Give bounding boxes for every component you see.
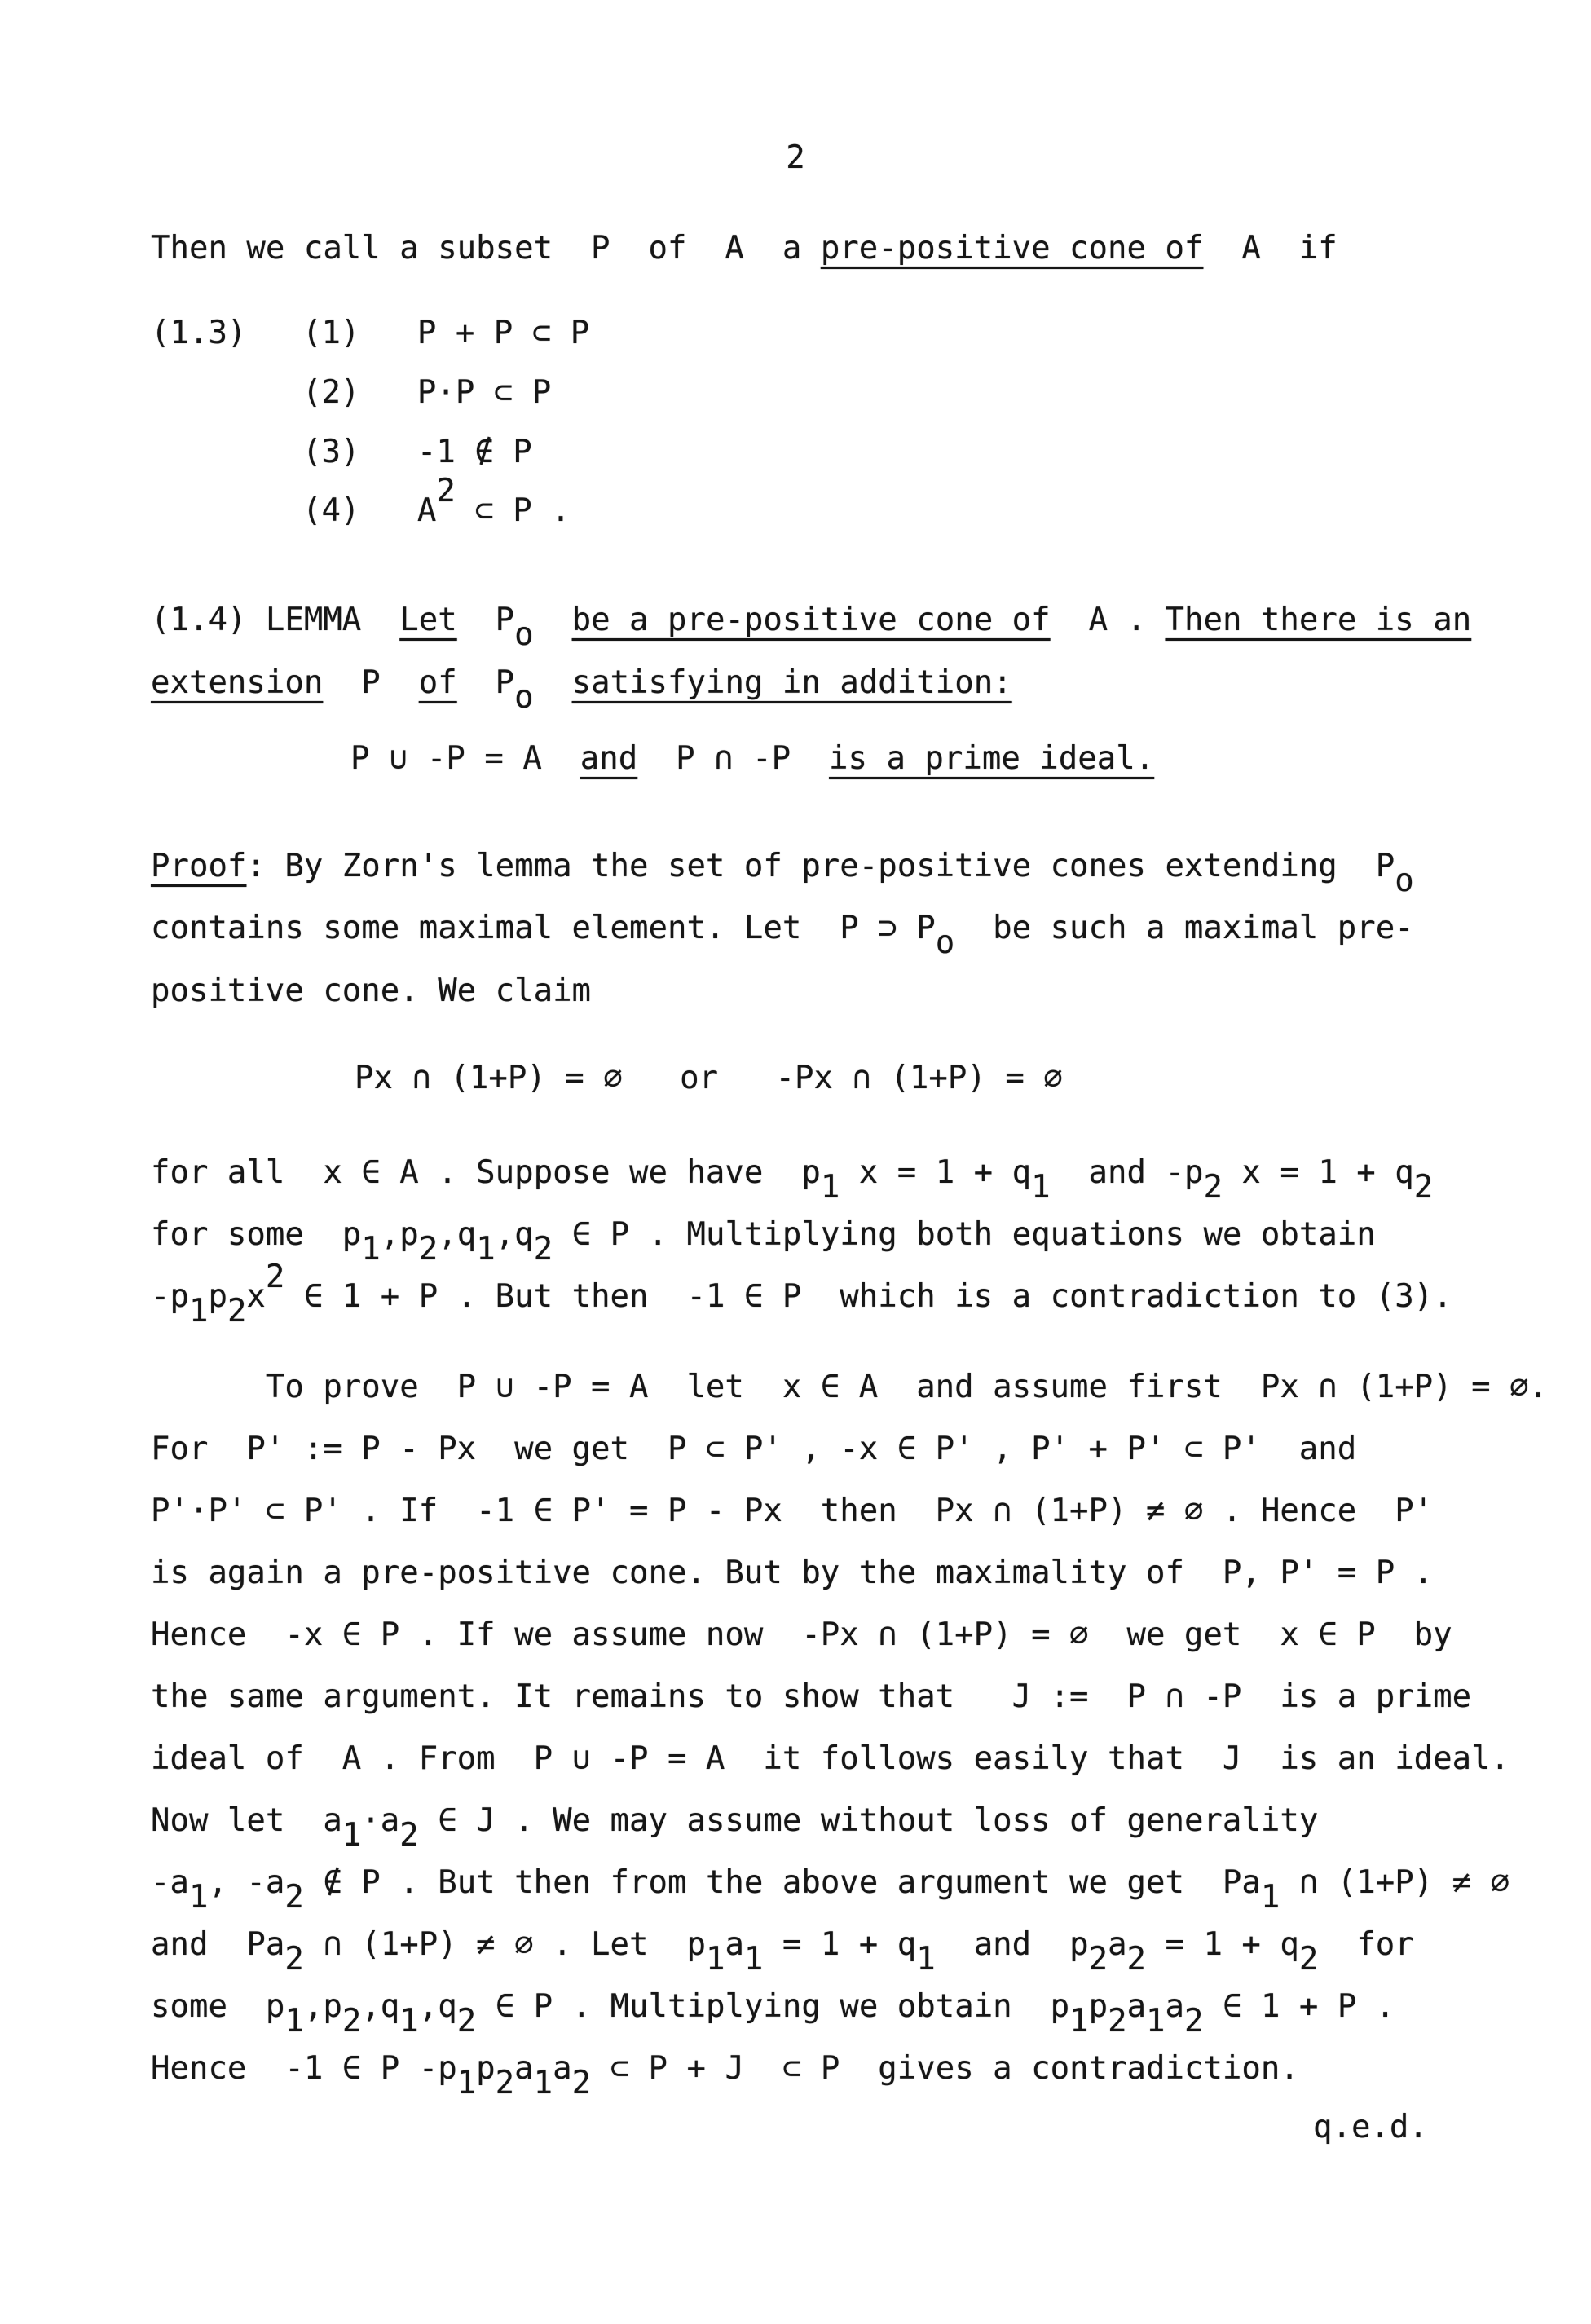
underlined-text: of (419, 664, 457, 701)
subscript-text: 2 (1414, 1169, 1433, 1206)
subscript-text: 1 (457, 2065, 476, 2101)
text-segment: a (725, 1926, 743, 1963)
text-segment: a (514, 2050, 533, 2087)
text-segment: Px ∩ (1+P) = ∅ or -Px ∩ (1+P) = ∅ (355, 1060, 1063, 1096)
subscript-text: 1 (399, 2003, 418, 2040)
text-segment: For P' := P - Px we get P ⊂ P' , -x ∈ P'… (151, 1431, 1356, 1467)
subscript-text: 1 (706, 1941, 725, 1978)
subscript-text: 2 (534, 1231, 553, 1268)
subscript-text: 2 (227, 1293, 246, 1330)
text-segment: Hence -x ∈ P . If we assume now -Px ∩ (1… (151, 1616, 1452, 1653)
subscript-text: 2 (572, 2065, 591, 2101)
eq-1-3-item-4: (4) A2 ⊂ P . (302, 495, 571, 527)
text-segment: p (208, 1278, 227, 1315)
underlined-text: satisfying in addition: (572, 664, 1012, 701)
text-segment: (4) A (302, 492, 436, 529)
text-segment: , (419, 1988, 438, 2025)
superscript-text: 2 (436, 473, 455, 509)
text-segment: ∩ (1+P) ≠ ∅ (1280, 1864, 1509, 1901)
subscript-text: 1 (744, 1941, 763, 1978)
underlined-text: is a prime ideal. (829, 740, 1154, 777)
text-segment: P (457, 602, 514, 638)
proof-line-2: contains some maximal element. Let P ⊃ P… (151, 912, 1414, 944)
subscript-text: 1 (916, 1941, 935, 1978)
proof-line-1: Proof: By Zorn's lemma the set of pre-po… (151, 850, 1414, 882)
text-segment: q (457, 1216, 476, 1253)
text-segment: P ∪ -P = A (350, 740, 580, 777)
text-segment: q (438, 1988, 456, 2025)
text-segment: = 1 + q (763, 1926, 916, 1963)
subscript-text: 1 (534, 2065, 553, 2101)
subscript-text: 2 (457, 2003, 476, 2040)
subscript-text: 2 (1127, 1941, 1146, 1978)
text-segment: A if (1203, 230, 1337, 267)
lemma-display-formula: P ∪ -P = A and P ∩ -P is a prime ideal. (350, 743, 1154, 774)
text-segment: ∩ (1+P) ≠ ∅ . Let p (304, 1926, 706, 1963)
subscript-text: 2 (399, 1817, 418, 1854)
proof-para3-line-2: For P' := P - Px we get P ⊂ P' , -x ∈ P'… (151, 1433, 1356, 1465)
text-segment (534, 664, 572, 701)
document-page: 2 Then we call a subset P of A a pre-pos… (0, 0, 1591, 2324)
eq-1-3-item-1: (1) P + P ⊂ P (302, 317, 589, 349)
subscript-text: 1 (361, 1231, 380, 1268)
subscript-text: 2 (342, 2003, 361, 2040)
text-segment: contains some maximal element. Let P ⊃ P (151, 910, 936, 946)
text-segment: positive cone. We claim (151, 972, 591, 1009)
text-segment: a (1108, 1926, 1126, 1963)
text-segment: P'·P' ⊂ P' . If -1 ∈ P' = P - Px then Px… (151, 1493, 1433, 1529)
text-segment: (1.4) LEMMA (151, 602, 399, 638)
proof-para3-line-6: the same argument. It remains to show th… (151, 1681, 1471, 1713)
subscript-text: 2 (1108, 2003, 1126, 2040)
text-segment: : By Zorn's lemma the set of pre-positiv… (246, 848, 1395, 884)
text-segment: x (246, 1278, 265, 1315)
text-segment: = 1 + q (1146, 1926, 1299, 1963)
text-segment: (1.3) (151, 315, 246, 351)
text-segment: Hence -1 ∈ P -p (151, 2050, 457, 2087)
proof-para3-line-5: Hence -x ∈ P . If we assume now -Px ∩ (1… (151, 1619, 1452, 1651)
text-segment: x = 1 + q (840, 1154, 1031, 1191)
text-segment: ·a (361, 1802, 399, 1839)
subscript-text: 2 (284, 1941, 303, 1978)
subscript-text: o (1395, 862, 1413, 899)
text-segment: be such a maximal pre- (954, 910, 1414, 946)
text-segment: ∈ 1 + P . (1204, 1988, 1395, 2025)
subscript-text: 2 (1203, 1169, 1222, 1206)
text-segment: the same argument. It remains to show th… (151, 1678, 1471, 1715)
subscript-text: 1 (284, 2003, 303, 2040)
text-segment: P (457, 664, 514, 701)
qed-label: q.e.d. (1313, 2111, 1428, 2143)
intro-line: Then we call a subset P of A a pre-posit… (151, 232, 1338, 264)
text-segment: ∈ P . Multiplying both equations we obta… (553, 1216, 1376, 1253)
text-segment: (1) P + P ⊂ P (302, 315, 589, 351)
proof-para3-line-1: To prove P ∪ -P = A let x ∈ A and assume… (151, 1371, 1548, 1403)
page-number: 2 (0, 142, 1591, 174)
superscript-text: 2 (266, 1259, 284, 1295)
subscript-text: 2 (419, 1231, 438, 1268)
text-segment: p (476, 2050, 495, 2087)
text-segment: Now let a (151, 1802, 342, 1839)
underlined-text: Let (399, 602, 456, 638)
text-segment: and -p (1051, 1154, 1204, 1191)
subscript-text: o (936, 924, 954, 961)
text-segment: , (361, 1988, 380, 2025)
subscript-text: 1 (189, 1879, 208, 1916)
text-segment: p (399, 1216, 418, 1253)
text-segment: (3) -1 ∉ P (302, 434, 532, 470)
proof-line-3: positive cone. We claim (151, 975, 591, 1007)
text-segment: x = 1 + q (1223, 1154, 1414, 1191)
subscript-text: 1 (476, 1231, 495, 1268)
proof-para2-line-1: for all x ∈ A . Suppose we have p1 x = 1… (151, 1157, 1433, 1188)
subscript-text: 1 (342, 1817, 361, 1854)
proof-para3-line-11: some p1,p2,q1,q2 ∈ P . Multiplying we ob… (151, 1991, 1395, 2022)
text-segment: ∉ P . But then from the above argument w… (304, 1864, 1261, 1901)
text-segment: , (381, 1216, 399, 1253)
subscript-text: 1 (1146, 2003, 1165, 2040)
proof-para2-line-3: -p1p2x2 ∈ 1 + P . But then -1 ∈ P which … (151, 1281, 1452, 1312)
text-segment: , (304, 1988, 323, 2025)
text-segment: ∈ P . Multiplying we obtain p (476, 1988, 1069, 2025)
eq-1-3-item-2: (2) P·P ⊂ P (302, 377, 551, 408)
text-segment: q (381, 1988, 399, 2025)
text-segment: Then we call a subset P of A a (151, 230, 821, 267)
underlined-text: and (580, 740, 637, 777)
text-segment: ideal of A . From P ∪ -P = A it follows … (151, 1740, 1509, 1777)
text-segment: -a (151, 1864, 189, 1901)
text-segment: (2) P·P ⊂ P (302, 374, 551, 411)
text-segment: for (1318, 1926, 1413, 1963)
text-segment: ∈ J . We may assume without loss of gene… (419, 1802, 1319, 1839)
text-segment: , -a (208, 1864, 284, 1901)
text-segment: P (323, 664, 418, 701)
text-segment: and Pa (151, 1926, 284, 1963)
text-segment: is again a pre-positive cone. But by the… (151, 1554, 1433, 1591)
lemma-line-2: extension P of Po satisfying in addition… (151, 667, 1012, 699)
subscript-text: 2 (1184, 2003, 1203, 2040)
text-segment: ⊂ P . (456, 492, 571, 529)
subscript-text: 1 (189, 1293, 208, 1330)
proof-para3-line-4: is again a pre-positive cone. But by the… (151, 1557, 1433, 1589)
eq-1-3-item-3: (3) -1 ∉ P (302, 436, 532, 468)
subscript-text: 1 (1261, 1879, 1280, 1916)
text-segment: A . (1051, 602, 1166, 638)
underlined-text: extension (151, 664, 323, 701)
proof-para3-line-8: Now let a1·a2 ∈ J . We may assume withou… (151, 1805, 1318, 1837)
text-segment: and p (936, 1926, 1089, 1963)
proof-para3-line-7: ideal of A . From P ∪ -P = A it follows … (151, 1743, 1509, 1775)
subscript-text: o (514, 616, 533, 653)
underlined-text: pre-positive cone of (821, 230, 1204, 267)
text-segment: some p (151, 1988, 284, 2025)
proof-para3-line-10: and Pa2 ∩ (1+P) ≠ ∅ . Let p1a1 = 1 + q1 … (151, 1929, 1414, 1960)
proof-para3-line-12: Hence -1 ∈ P -p1p2a1a2 ⊂ P + J ⊂ P gives… (151, 2053, 1299, 2084)
text-segment: for all x ∈ A . Suppose we have p (151, 1154, 821, 1191)
underlined-text: be a pre-positive cone of (572, 602, 1051, 638)
subscript-text: 1 (1031, 1169, 1050, 1206)
text-segment: , (496, 1216, 514, 1253)
text-segment: a (553, 2050, 571, 2087)
text-segment: -p (151, 1278, 189, 1315)
text-segment: p (1089, 1988, 1108, 2025)
subscript-text: 2 (1299, 1941, 1318, 1978)
text-segment: q.e.d. (1313, 2109, 1428, 2145)
subscript-text: 2 (496, 2065, 514, 2101)
subscript-text: o (514, 679, 533, 716)
text-segment: To prove P ∪ -P = A let x ∈ A and assume… (151, 1369, 1548, 1405)
proof-para3-line-3: P'·P' ⊂ P' . If -1 ∈ P' = P - Px then Px… (151, 1495, 1433, 1527)
underlined-text: Then there is an (1166, 602, 1472, 638)
proof-para3-line-9: -a1, -a2 ∉ P . But then from the above a… (151, 1867, 1509, 1898)
subscript-text: 1 (1069, 2003, 1088, 2040)
subscript-text: 2 (284, 1879, 303, 1916)
text-segment: q (514, 1216, 533, 1253)
underlined-text: Proof (151, 848, 246, 884)
subscript-text: 1 (821, 1169, 840, 1206)
claim-display-formula: Px ∩ (1+P) = ∅ or -Px ∩ (1+P) = ∅ (355, 1062, 1063, 1094)
text-segment: , (438, 1216, 456, 1253)
proof-para2-line-2: for some p1,p2,q1,q2 ∈ P . Multiplying b… (151, 1219, 1376, 1250)
text-segment: a (1166, 1988, 1184, 2025)
text-segment: P ∩ -P (637, 740, 829, 777)
text-segment: ∈ 1 + P . But then -1 ∈ P which is a con… (284, 1278, 1452, 1315)
text-segment: p (323, 1988, 342, 2025)
subscript-text: 2 (1089, 1941, 1108, 1978)
text-segment: for some p (151, 1216, 361, 1253)
lemma-line-1: (1.4) LEMMA Let Po be a pre-positive con… (151, 604, 1471, 636)
eq-1-3-label: (1.3) (151, 317, 246, 349)
text-segment: ⊂ P + J ⊂ P gives a contradiction. (591, 2050, 1299, 2087)
text-segment: a (1127, 1988, 1146, 2025)
text-segment (534, 602, 572, 638)
